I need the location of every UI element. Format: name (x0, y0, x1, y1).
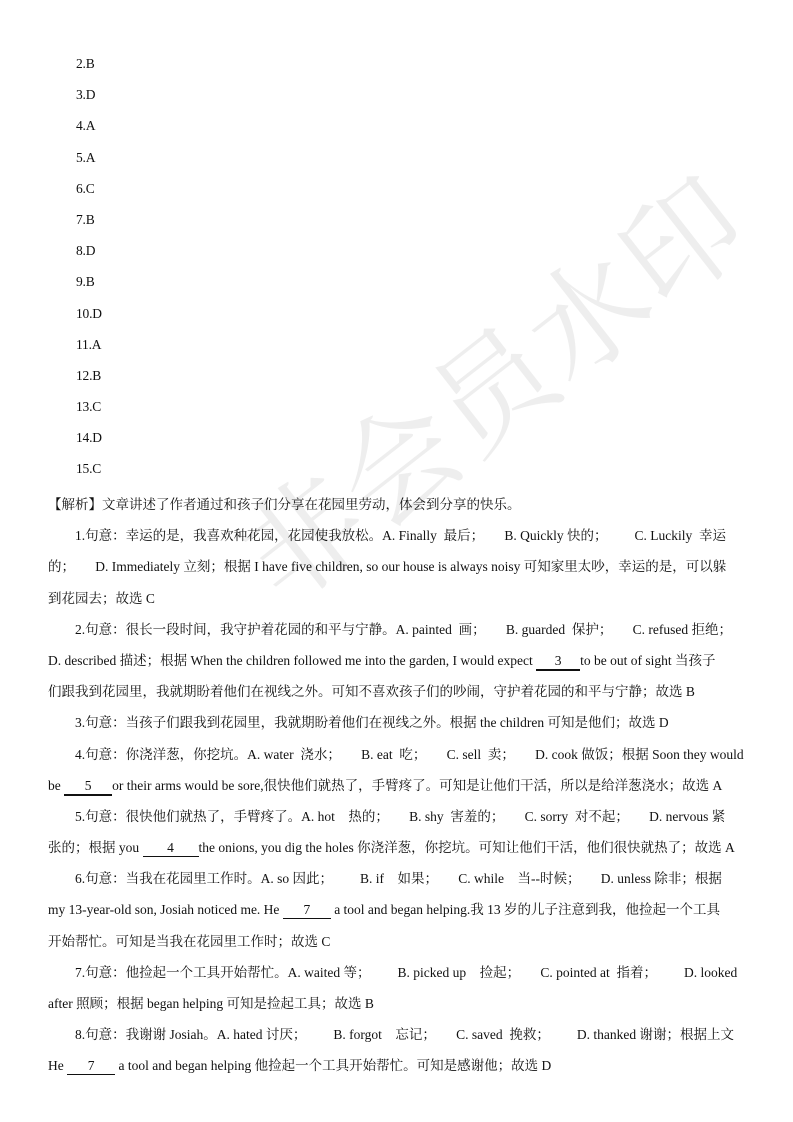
analysis-text: the onions, you dig the holes 你浇洋葱，你挖坑。可… (199, 840, 735, 855)
answer-item: 5.A (76, 148, 102, 179)
analysis-text: He (48, 1058, 64, 1073)
analysis-line: 2.句意：很长一段时间，我守护着花园的和平与宁静。A. painted 画； B… (48, 614, 748, 645)
analysis-item-2: 2.句意：很长一段时间，我守护着花园的和平与宁静。A. painted 画； B… (48, 614, 748, 708)
analysis-item-8: 8.句意：我谢谢 Josiah。A. hated 讨厌； B. forgot 忘… (48, 1019, 748, 1081)
fill-blank: 4 (143, 840, 199, 857)
answer-item: 14.D (76, 428, 102, 459)
analysis-line: 的； D. Immediately 立刻；根据 I have five chil… (48, 551, 748, 582)
analysis-item-7: 7.句意：他捡起一个工具开始帮忙。A. waited 等； B. picked … (48, 957, 748, 1019)
analysis-line: 到花园去；故选 C (48, 583, 748, 614)
analysis-line: be 5or their arms would be sore,很快他们就热了，… (48, 770, 748, 801)
document-page: 非会员水印 2.B 3.D 4.A 5.A 6.C 7.B 8.D 9.B 10… (0, 0, 793, 1122)
analysis-text: a tool and began helping 他捡起一个工具开始帮忙。可知是… (119, 1058, 552, 1073)
analysis-line: 张的；根据 you 4the onions, you dig the holes… (48, 832, 748, 863)
analysis-text: 张的；根据 you (48, 840, 139, 855)
analysis-line: 5.句意：很快他们就热了，手臂疼了。A. hot 热的； B. shy 害羞的；… (48, 801, 748, 832)
analysis-line: 们跟我到花园里，我就期盼着他们在视线之外。可知不喜欢孩子们的吵闹，守护着花园的和… (48, 676, 748, 707)
answer-item: 8.D (76, 241, 102, 272)
analysis-item-5: 5.句意：很快他们就热了，手臂疼了。A. hot 热的； B. shy 害羞的；… (48, 801, 748, 863)
analysis-text: or their arms would be sore,很快他们就热了，手臂疼了… (112, 778, 722, 793)
answer-key-list: 2.B 3.D 4.A 5.A 6.C 7.B 8.D 9.B 10.D 11.… (76, 54, 102, 491)
fill-blank: 3 (536, 653, 580, 671)
answer-item: 10.D (76, 304, 102, 335)
analysis-item-1: 1.句意：幸运的是，我喜欢种花园，花园使我放松。A. Finally 最后； B… (48, 520, 748, 614)
analysis-text: D. described 描述；根据 When the children fol… (48, 653, 533, 668)
analysis-item-6: 6.句意：当我在花园里工作时。A. so 因此； B. if 如果； C. wh… (48, 863, 748, 957)
answer-item: 15.C (76, 459, 102, 490)
answer-item: 9.B (76, 272, 102, 303)
analysis-line: He 7 a tool and began helping 他捡起一个工具开始帮… (48, 1050, 748, 1081)
analysis-text: to be out of sight 当孩子 (580, 653, 715, 668)
answer-item: 6.C (76, 179, 102, 210)
analysis-line: 7.句意：他捡起一个工具开始帮忙。A. waited 等； B. picked … (48, 957, 748, 988)
answer-item: 7.B (76, 210, 102, 241)
analysis-line: 4.句意：你浇洋葱，你挖坑。A. water 浇水； B. eat 吃； C. … (48, 739, 748, 770)
analysis-item-3: 3.句意：当孩子们跟我到花园里，我就期盼着他们在视线之外。根据 the chil… (48, 707, 748, 738)
fill-blank: 5 (64, 778, 112, 796)
answer-item: 3.D (76, 85, 102, 116)
answer-item: 2.B (76, 54, 102, 85)
answer-item: 13.C (76, 397, 102, 428)
analysis-section: 【解析】文章讲述了作者通过和孩子们分享在花园里劳动，体会到分享的快乐。 1.句意… (48, 489, 748, 1082)
analysis-summary: 【解析】文章讲述了作者通过和孩子们分享在花园里劳动，体会到分享的快乐。 (48, 489, 748, 520)
analysis-line: 6.句意：当我在花园里工作时。A. so 因此； B. if 如果； C. wh… (48, 863, 748, 894)
analysis-line: D. described 描述；根据 When the children fol… (48, 645, 748, 676)
analysis-line: 开始帮忙。可知是当我在花园里工作时；故选 C (48, 926, 748, 957)
answer-item: 11.A (76, 335, 102, 366)
analysis-line: 1.句意：幸运的是，我喜欢种花园，花园使我放松。A. Finally 最后； B… (48, 520, 748, 551)
analysis-text: be (48, 778, 61, 793)
fill-blank: 7 (283, 902, 331, 919)
answer-item: 4.A (76, 116, 102, 147)
analysis-text: a tool and began helping.我 13 岁的儿子注意到我，他… (334, 902, 720, 917)
analysis-line: my 13-year-old son, Josiah noticed me. H… (48, 894, 748, 925)
analysis-text: my 13-year-old son, Josiah noticed me. H… (48, 902, 279, 917)
analysis-item-4: 4.句意：你浇洋葱，你挖坑。A. water 浇水； B. eat 吃； C. … (48, 739, 748, 801)
analysis-line: after 照顾；根据 began helping 可知是捡起工具；故选 B (48, 988, 748, 1019)
answer-item: 12.B (76, 366, 102, 397)
analysis-line: 3.句意：当孩子们跟我到花园里，我就期盼着他们在视线之外。根据 the chil… (48, 707, 748, 738)
fill-blank: 7 (67, 1058, 115, 1075)
analysis-line: 8.句意：我谢谢 Josiah。A. hated 讨厌； B. forgot 忘… (48, 1019, 748, 1050)
